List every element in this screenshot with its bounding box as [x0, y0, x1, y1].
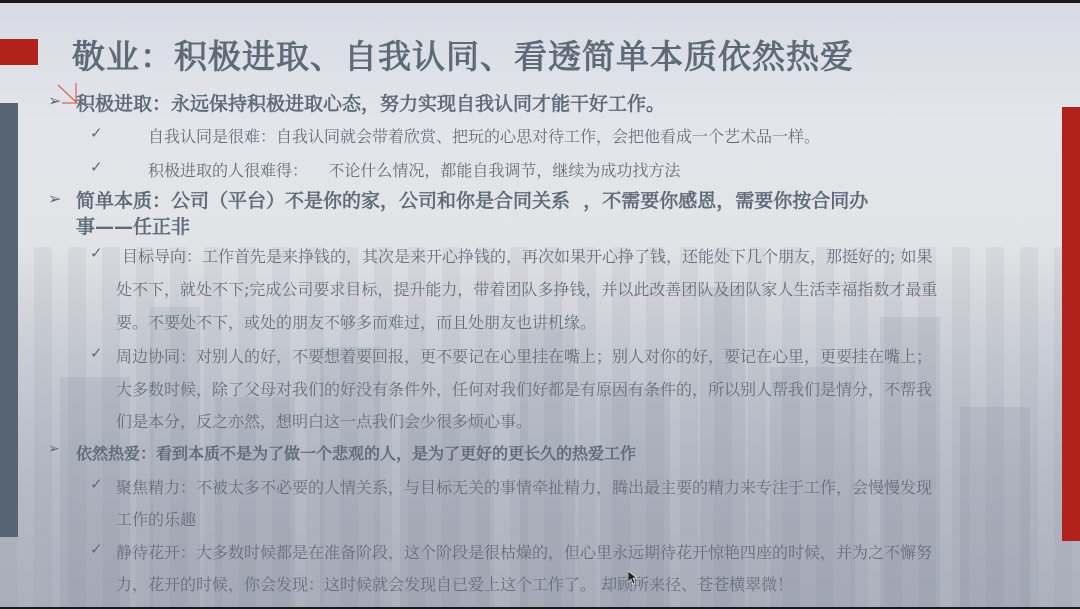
presentation-slide: 敬业：积极进取、自我认同、看透简单本质依然热爱 ➢ 积极进取：永远保持积极进取心… — [0, 3, 1080, 607]
list-item-text: 自我认同是很难：自我认同就会带着欣赏、把玩的心思对待工作，会把他看成一个艺术品一… — [148, 124, 820, 147]
arrow-bullet-icon: ➢ — [48, 189, 66, 208]
list-item-text: 力，花开的时候，你会发现：这时候就会发现自已爱上这个工作了。 却顾所来径、苍苍横… — [116, 572, 793, 595]
list-item-text: 要。不要处不下，或处的朋友不够多而难过，而且处朋友也讲机缘。 — [116, 310, 596, 333]
check-icon: ✓ — [90, 124, 103, 142]
list-item-text: 处不下，就处不下;完成公司要求目标，提升能力，带着团队多挣钱，并以此改善团队及团… — [116, 277, 937, 300]
arrow-bullet-icon: ➢ — [48, 441, 66, 457]
list-item-text: 聚焦精力：不被太多不必要的人情关系，与目标无关的事情牵扯精力，腾出最主要的精力来… — [116, 475, 932, 498]
section-heading-1: 积极进取：永远保持积极进取心态，努力实现自我认同才能干好工作。 — [76, 89, 665, 116]
section-heading-3: 依然热爱：看到本质不是为了做一个悲观的人，是为了更好的更长久的热爱工作 — [76, 441, 636, 464]
slate-accent-bar-left — [0, 103, 18, 537]
list-item-text: 周边协同：对别人的好，不要想着要回报，更不要记在心里挂在嘴上；别人对你的好，要记… — [116, 344, 932, 367]
arrow-bullet-icon: ➢ — [48, 91, 66, 110]
list-item-text: 们是本分，反之亦然，想明白这一点我们会少很多烦心事。 — [116, 409, 532, 432]
list-item-text: 静待花开：大多数时候都是在准备阶段，这个阶段是很枯燥的，但心里永远期待花开惊艳四… — [116, 540, 932, 563]
section-heading-2-line-2: 事——任正非 — [76, 212, 190, 239]
list-item-text: 大多数时候，除了父母对我们的好没有条件外，任何对我们好都是有原因有条件的，所以别… — [116, 377, 932, 400]
list-item-text: 积极进取的人很难得： 不论什么情况，都能自我调节，继续为成功找方法 — [148, 158, 680, 181]
red-accent-bar-right — [1062, 107, 1080, 541]
section-heading-2-line-1: 简单本质：公司（平台）不是你的家，公司和你是合同关系 ，不需要你感恩，需要你按合… — [76, 186, 868, 213]
check-icon: ✓ — [90, 540, 103, 558]
list-item-text: 目标导向：工作首先是来挣钱的，其次是来开心挣钱的，再次如果开心挣了钱，还能处下几… — [122, 244, 932, 267]
list-item-text: 工作的乐趣 — [116, 507, 196, 530]
red-accent-bar-left — [0, 39, 38, 65]
check-icon: ✓ — [90, 244, 103, 262]
mouse-cursor-icon — [628, 571, 638, 585]
slide-title: 敬业：积极进取、自我认同、看透简单本质依然热爱 — [72, 31, 854, 78]
check-icon: ✓ — [90, 344, 103, 362]
check-icon: ✓ — [90, 475, 103, 493]
check-icon: ✓ — [90, 158, 103, 176]
